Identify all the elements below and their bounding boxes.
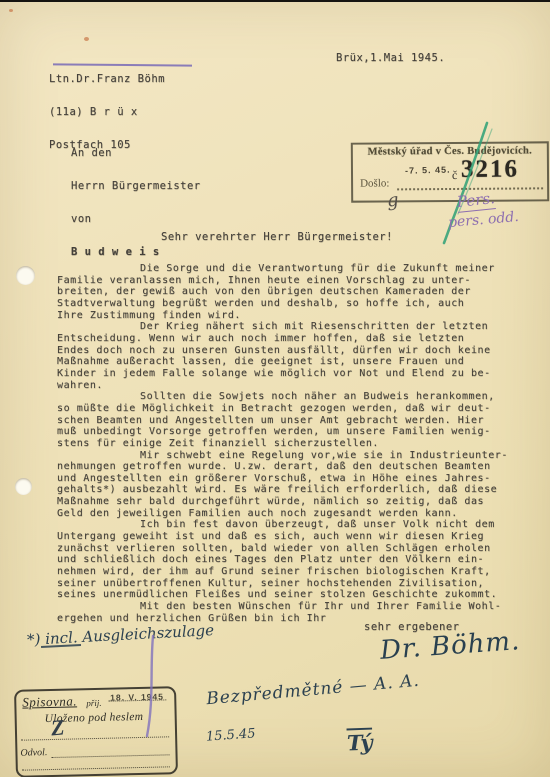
clerk-monogram: Tý	[347, 730, 373, 756]
letter-page: Ltn.Dr.Franz Böhm (11a) B r ü x Postfach…	[0, 0, 550, 777]
violet-pen-stroke	[0, 0, 550, 777]
